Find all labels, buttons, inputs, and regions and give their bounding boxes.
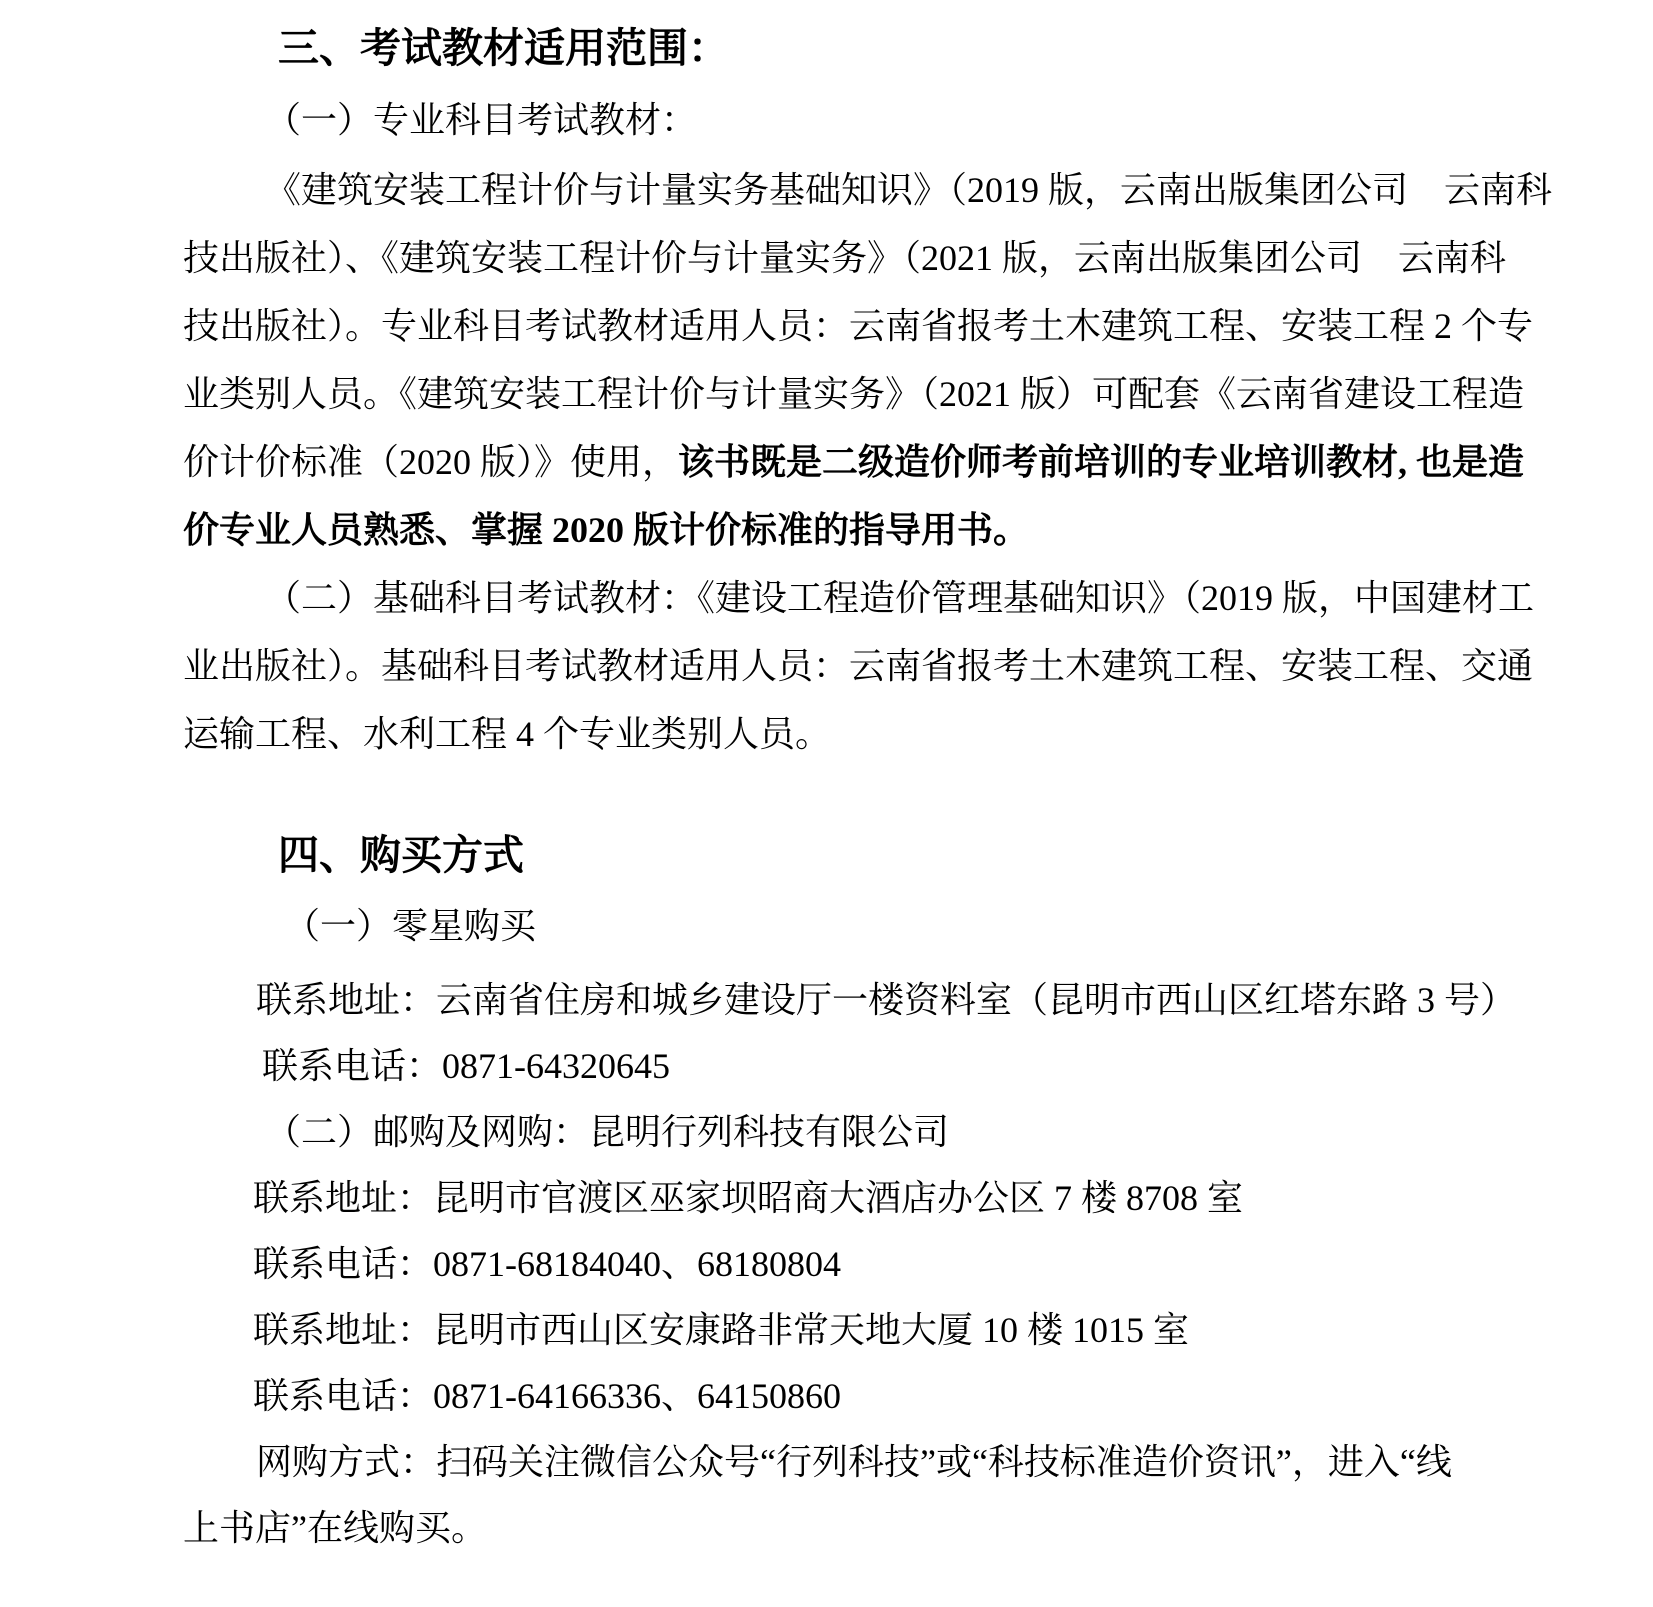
purchase-sub2-label: （二）邮购及网购：昆明行列科技有限公司 bbox=[265, 1112, 949, 1153]
section-3-sub2-line-1: （二）基础科目考试教材：《建设工程造价管理基础知识》（2019 版，中国建材工 bbox=[265, 578, 1534, 619]
document-page: 三、考试教材适用范围： （一）专业科目考试教材： 《建筑安装工程计价与计量实务基… bbox=[0, 0, 1653, 1607]
contact-address-3: 联系地址：昆明市西山区安康路非常天地大厦 10 楼 1015 室 bbox=[253, 1310, 1189, 1351]
contact-address-2: 联系地址：昆明市官渡区巫家坝昭商大酒店办公区 7 楼 8708 室 bbox=[253, 1178, 1243, 1219]
section-3-heading: 三、考试教材适用范围： bbox=[278, 26, 729, 71]
online-purchase-line-2: 上书店”在线购买。 bbox=[183, 1508, 487, 1549]
line-5-bold-text: 该书既是二级造价师考前培训的专业培训教材, 也是造 bbox=[678, 442, 1524, 482]
textbook-paragraph-line-5: 价计价标准（2020 版）》使用，该书既是二级造价师考前培训的专业培训教材, 也… bbox=[183, 442, 1524, 483]
textbook-paragraph-line-3: 技出版社）。专业科目考试教材适用人员：云南省报考土木建筑工程、安装工程 2 个专 bbox=[183, 306, 1533, 347]
textbook-paragraph-line-6-bold: 价专业人员熟悉、掌握 2020 版计价标准的指导用书。 bbox=[183, 510, 1029, 551]
textbook-paragraph-line-4: 业类别人员。《建筑安装工程计价与计量实务》（2021 版）可配套《云南省建设工程… bbox=[183, 374, 1524, 415]
contact-phone-2: 联系电话：0871-68184040、68180804 bbox=[253, 1244, 841, 1285]
online-purchase-line-1: 网购方式：扫码关注微信公众号“行列科技”或“科技标准造价资讯”，进入“线 bbox=[256, 1442, 1452, 1483]
section-3-sub2-line-3: 运输工程、水利工程 4 个专业类别人员。 bbox=[183, 714, 831, 755]
contact-phone-3: 联系电话：0871-64166336、64150860 bbox=[253, 1376, 841, 1417]
contact-address-1: 联系地址：云南省住房和城乡建设厅一楼资料室（昆明市西山区红塔东路 3 号） bbox=[256, 980, 1516, 1021]
contact-phone-1: 联系电话：0871-64320645 bbox=[262, 1046, 670, 1087]
section-4-heading: 四、购买方式 bbox=[278, 833, 524, 878]
textbook-paragraph-line-1: 《建筑安装工程计价与计量实务基础知识》（2019 版，云南出版集团公司 云南科 bbox=[265, 170, 1552, 211]
purchase-sub1-label: （一）零星购买 bbox=[284, 906, 536, 947]
textbook-paragraph-line-2: 技出版社）、《建筑安装工程计价与计量实务》（2021 版，云南出版集团公司 云南… bbox=[183, 238, 1506, 279]
section-3-sub1-label: （一）专业科目考试教材： bbox=[265, 100, 697, 141]
section-3-sub2-line-2: 业出版社）。基础科目考试教材适用人员：云南省报考土木建筑工程、安装工程、交通 bbox=[183, 646, 1533, 687]
line-5-normal-text: 价计价标准（2020 版）》使用， bbox=[183, 442, 678, 482]
